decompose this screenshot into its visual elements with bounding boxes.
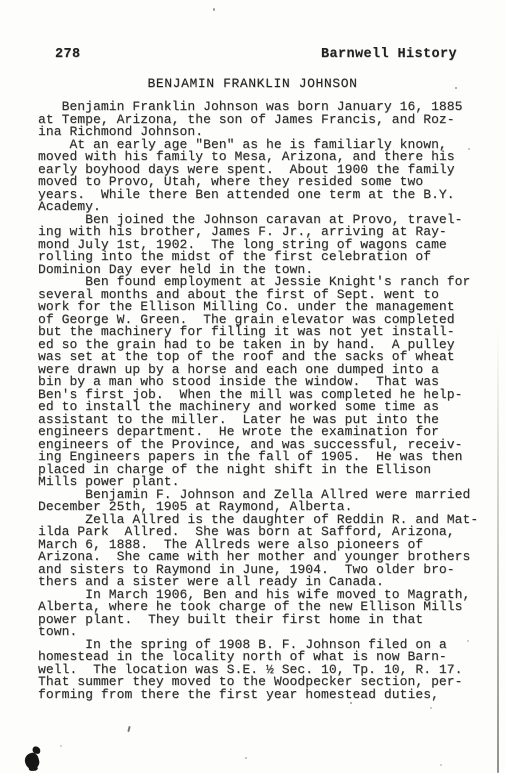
scan-speck [213, 8, 215, 11]
scan-speck [440, 764, 442, 766]
running-header: Barnwell History [321, 47, 457, 62]
paragraph-early-years: At an early age "Ben" as he is familiarl… [38, 139, 478, 214]
paragraph-magrath: In March 1906, Ben and his wife moved to… [38, 589, 478, 639]
paragraph-employment: Ben found employment at Jessie Knight's … [38, 276, 478, 489]
paragraph-homestead: In the spring of 1908 B. F. Johnson file… [38, 639, 478, 702]
scanned-book-page: 278 Barnwell History BENJAMIN FRANKLIN J… [0, 0, 505, 773]
scan-speck [63, 207, 65, 209]
page-number: 278 [55, 47, 81, 62]
paragraph-marriage: Benjamin F. Johnson and Zella Allred wer… [38, 489, 478, 514]
page-header: 278 Barnwell History [55, 47, 457, 62]
article-title: BENJAMIN FRANKLIN JOHNSON [0, 76, 505, 91]
article-body: Benjamin Franklin Johnson was born Janua… [38, 101, 478, 701]
scan-edge-artifact [497, 328, 499, 773]
scan-speck [60, 745, 62, 747]
scan-speck [467, 640, 469, 642]
paragraph-birth: Benjamin Franklin Johnson was born Janua… [38, 101, 478, 139]
scan-speck [127, 726, 130, 732]
scan-speck [245, 757, 247, 759]
scan-speck [468, 148, 470, 150]
ink-blot [23, 752, 40, 771]
scan-speck [455, 87, 457, 89]
paragraph-caravan: Ben joined the Johnson caravan at Provo,… [38, 214, 478, 277]
scan-speck [350, 702, 352, 704]
paragraph-zella: Zella Allred is the daughter of Reddin R… [38, 514, 478, 589]
scan-speck [430, 707, 432, 709]
